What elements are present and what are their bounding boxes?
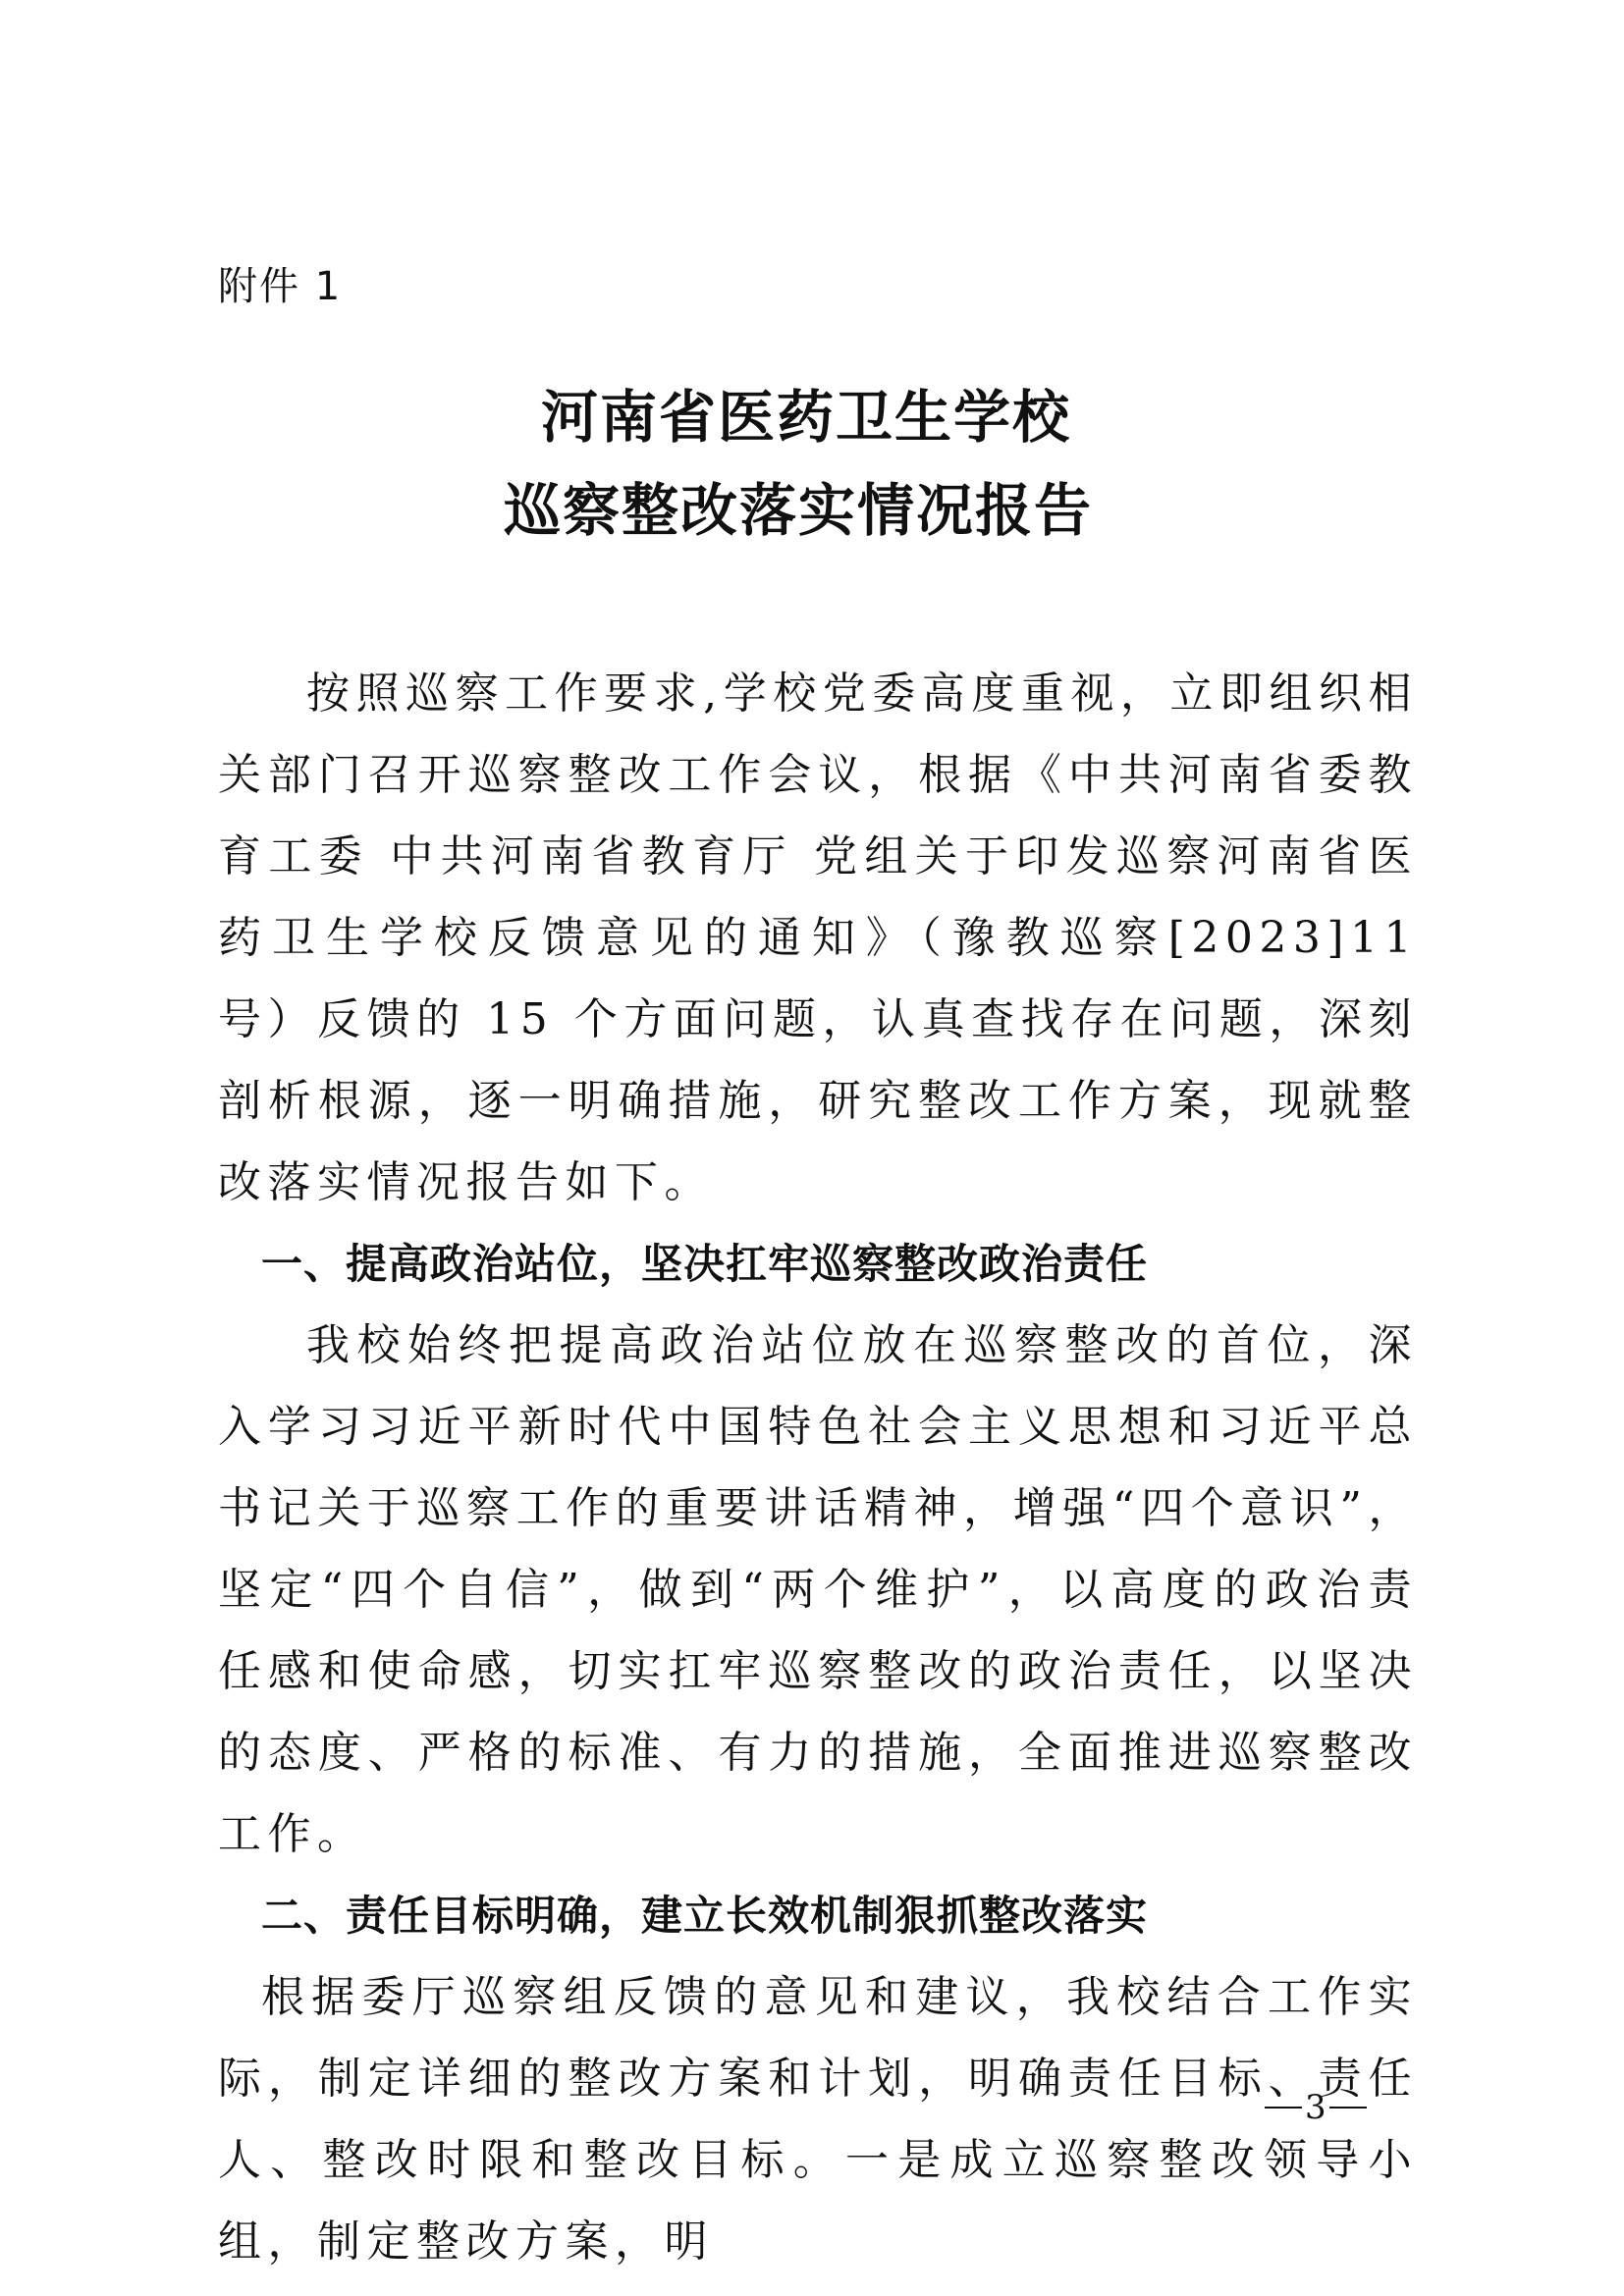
section-2-paragraph: 根据委厅巡察组反馈的意见和建议，我校结合工作实际，制定详细的整改方案和计划，明确… bbox=[218, 1956, 1418, 2282]
document-page: 附件 1 河南省医药卫生学校 巡察整改落实情况报告 按照巡察工作要求,学校党委高… bbox=[0, 0, 1624, 2296]
page-number-dash-left bbox=[1265, 2107, 1302, 2109]
section-1-paragraph: 我校始终把提高政治站位放在巡察整改的首位，深入学习习近平新时代中国特色社会主义思… bbox=[218, 1305, 1418, 1875]
attachment-label: 附件 1 bbox=[218, 257, 342, 316]
document-title-line-1: 河南省医药卫生学校 bbox=[0, 378, 1618, 456]
document-body: 按照巡察工作要求,学校党委高度重视，立即组织相关部门召开巡察整改工作会议，根据《… bbox=[218, 653, 1418, 2282]
section-heading-1: 一、提高政治站位，坚决扛牢巡察整改政治责任 bbox=[218, 1223, 1418, 1305]
document-title-line-2: 巡察整改落实情况报告 bbox=[0, 471, 1610, 550]
page-number: 3 bbox=[1265, 2088, 1367, 2127]
intro-paragraph: 按照巡察工作要求,学校党委高度重视，立即组织相关部门召开巡察整改工作会议，根据《… bbox=[218, 653, 1418, 1223]
page-number-value: 3 bbox=[1302, 2088, 1329, 2127]
section-heading-2: 二、责任目标明确，建立长效机制狠抓整改落实 bbox=[218, 1875, 1418, 1956]
page-number-dash-right bbox=[1329, 2107, 1367, 2109]
